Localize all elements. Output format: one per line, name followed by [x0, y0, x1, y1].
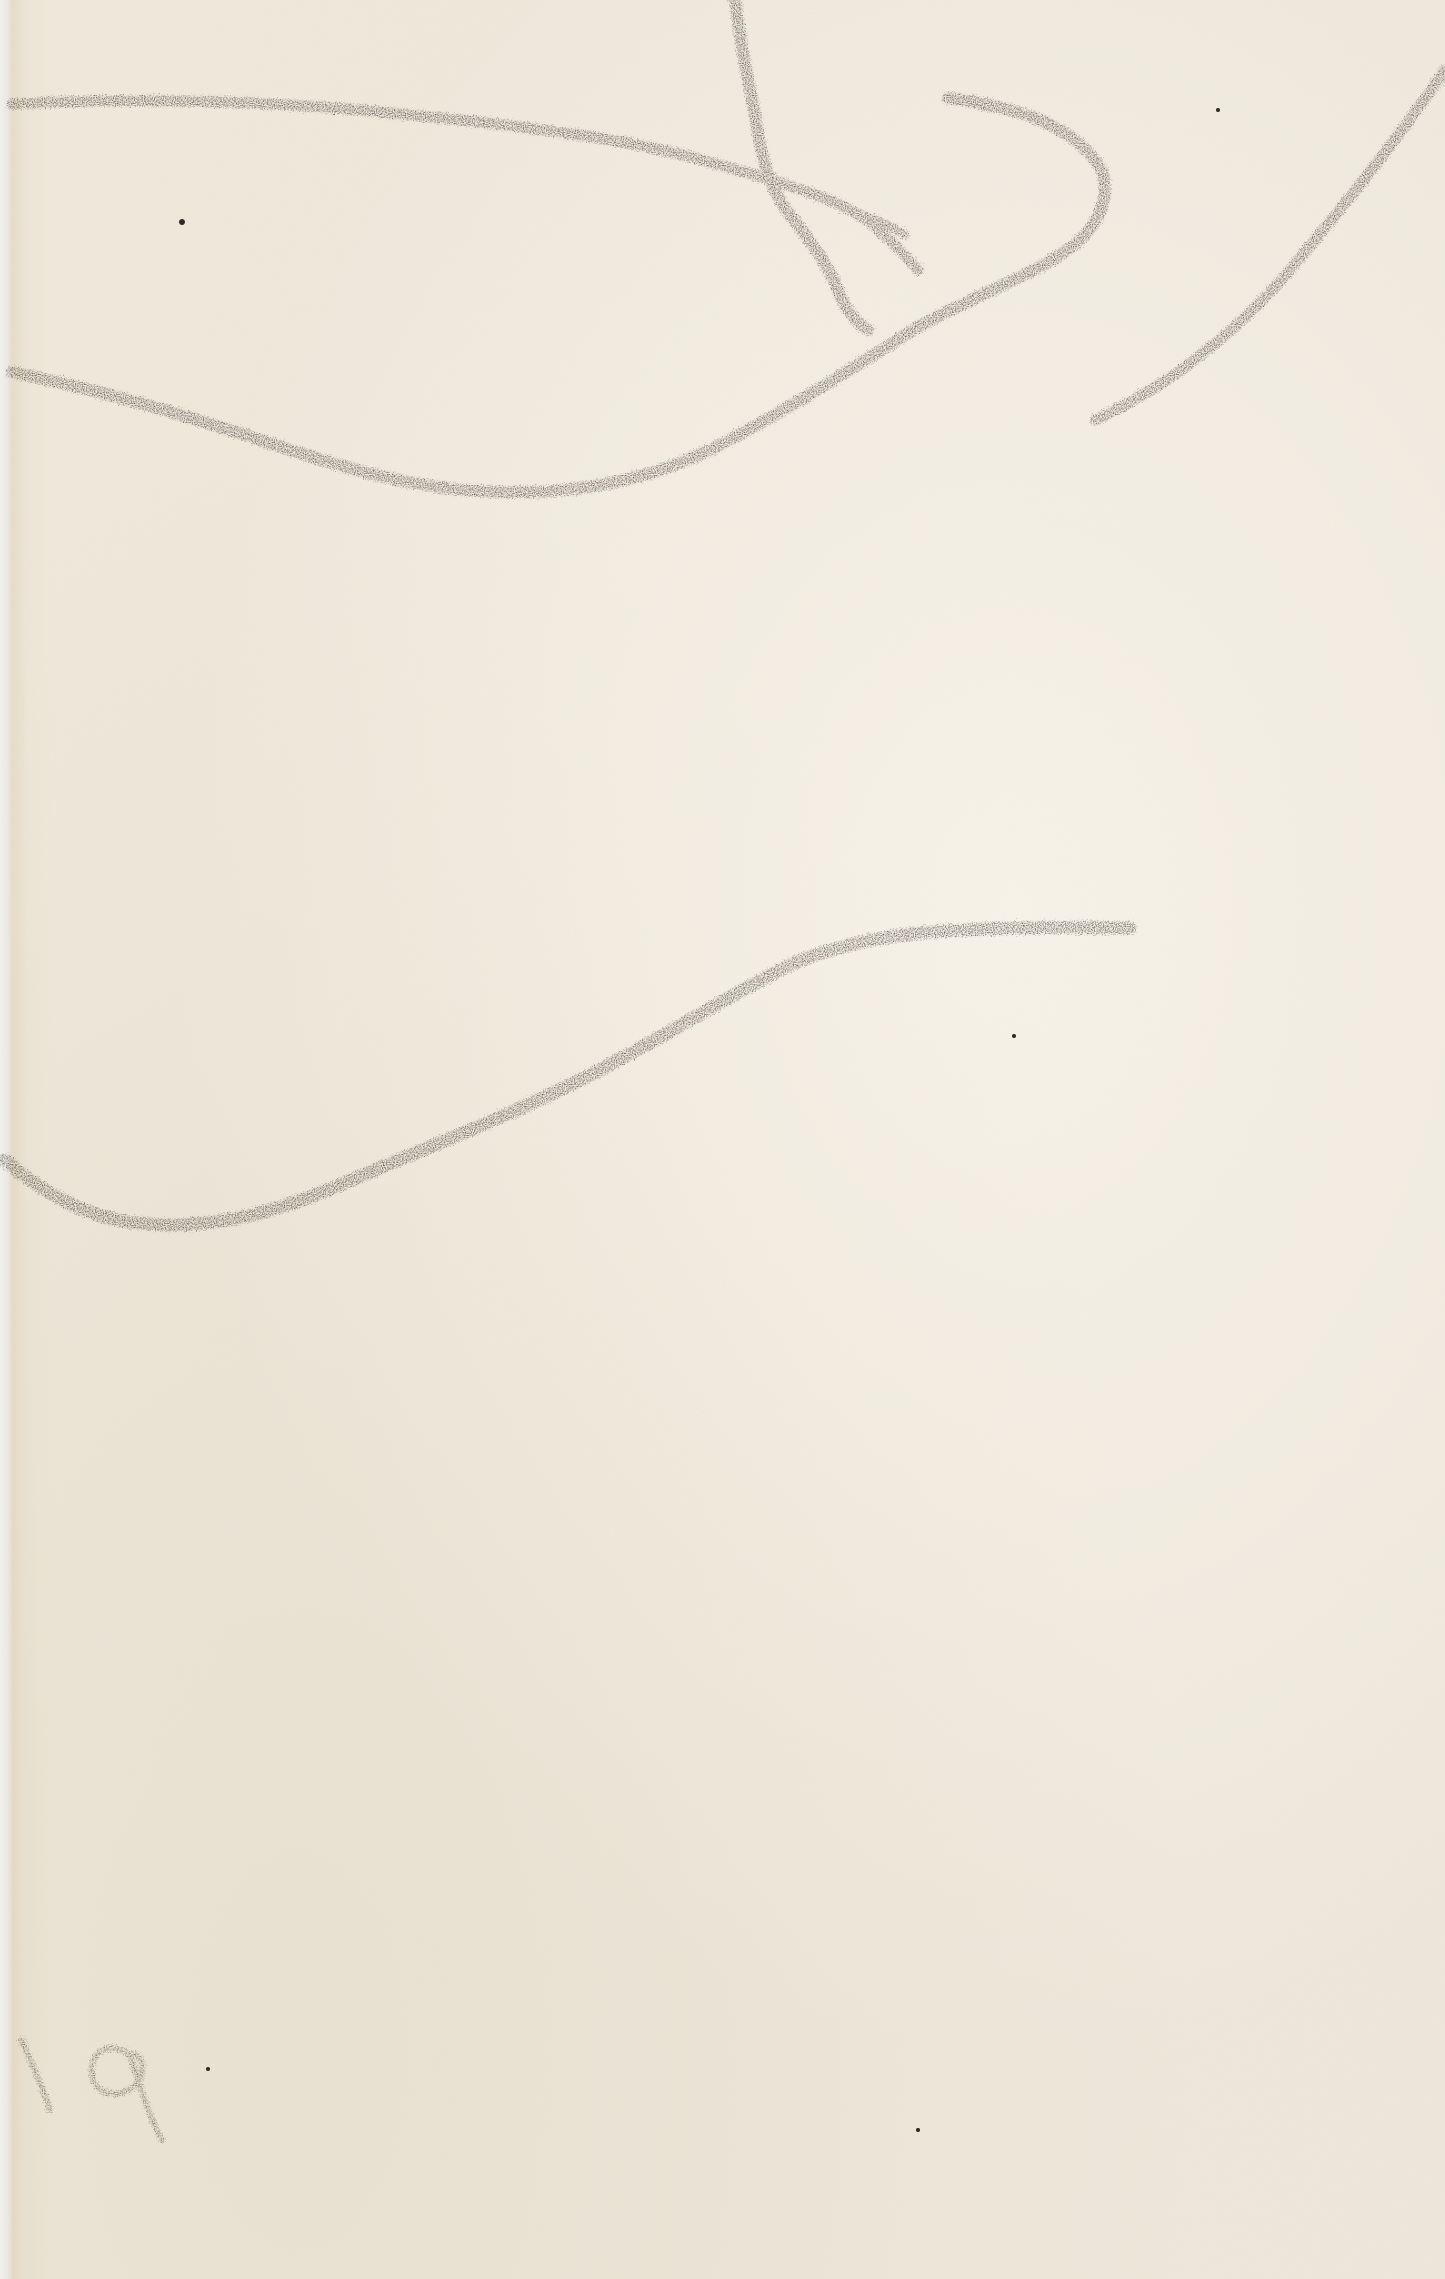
paper-texture — [12, 0, 1445, 2279]
artwork-frame: ıa — [0, 0, 1445, 2279]
charcoal-drawing — [0, 0, 1445, 2279]
